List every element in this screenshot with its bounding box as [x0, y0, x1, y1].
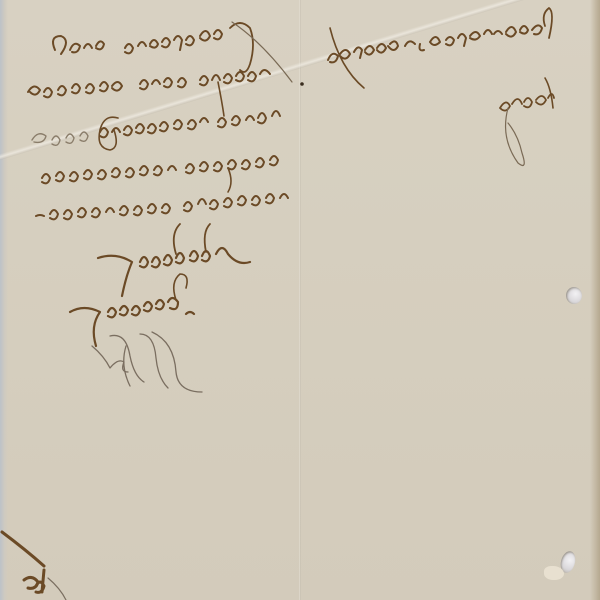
left-line-2: [28, 70, 270, 116]
left-line-5: [36, 194, 288, 219]
right-second-line: [500, 78, 554, 165]
closing-line-2: [70, 274, 194, 346]
document-page: mirrored script with number 2203/31 mirr…: [0, 0, 600, 600]
handwriting-ink: [0, 0, 600, 600]
right-reference-line: [328, 8, 552, 88]
ink-dot: [300, 82, 304, 86]
bottom-left-ink-mark: [2, 532, 66, 600]
left-line-4: [42, 156, 278, 192]
left-line-1: [53, 22, 292, 82]
left-line-3: [32, 111, 280, 150]
signature: [92, 332, 202, 392]
